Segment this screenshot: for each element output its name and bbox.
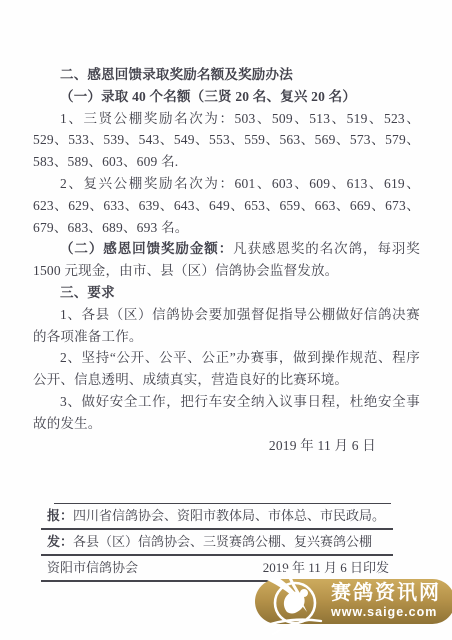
issuer-name: 资阳市信鸽协会 [47,560,138,576]
requirement-1: 1、各县（区）信鸽协会要加强督促指导公棚做好信鸽决赛的各项准备工作。 [33,304,420,348]
report-row: 报：四川省信鸽协会、资阳市教体局、市体总、市民政局。 [41,504,393,530]
bonus-lead: （二）感恩回馈奖励金额： [60,241,233,256]
issue-value: 各县（区）信鸽协会、三贤赛鸽公棚、复兴赛鸽公棚 [73,534,372,549]
issue-row: 发：各县（区）信鸽协会、三贤赛鸽公棚、复兴赛鸽公棚 [41,530,393,556]
pigeon-logo-icon [257,564,331,638]
section-heading-requirements: 三、要求 [33,282,420,304]
requirement-3: 3、做好安全工作，把行车安全纳入议事日程，杜绝安全事故的发生。 [33,391,420,435]
watermark-badge: 赛鸽资讯网 www.saige.com [255,579,452,624]
distribution-table: 报：四川省信鸽协会、资阳市教体局、市体总、市民政局。 发：各县（区）信鸽协会、三… [41,503,393,582]
issue-label: 发： [47,534,73,549]
report-value: 四川省信鸽协会、资阳市教体局、市体总、市民政局。 [73,508,385,523]
document-body: 二、感恩回馈录取奖励名额及奖励办法 （一）录取 40 个名额（三贤 20 名、复… [33,64,420,456]
requirement-2: 2、坚持“公开、公平、公正”办赛事，做到操作规范、程序公开、信息透明、成绩真实，… [33,347,420,391]
document-date: 2019 年 11 月 6 日 [33,435,420,457]
paragraph-fuxing-ranks: 2、复兴公棚奖励名次为：601、603、609、613、619、623、629、… [33,173,420,238]
paragraph-sanxian-ranks: 1、三贤公棚奖励名次为：503、509、513、519、523、529、533、… [33,108,420,173]
watermark-site-name: 赛鸽资讯网 [331,581,441,605]
watermark-site-url: www.saige.com [331,605,441,620]
watermark-text: 赛鸽资讯网 www.saige.com [331,581,441,620]
document-page: 二、感恩回馈录取奖励名额及奖励办法 （一）录取 40 个名额（三贤 20 名、复… [0,0,452,640]
report-label: 报： [47,508,73,523]
section-heading-awards: 二、感恩回馈录取奖励名额及奖励办法 [33,64,420,86]
subsection-heading-quota: （一）录取 40 个名额（三贤 20 名、复兴 20 名） [33,86,420,108]
paragraph-bonus: （二）感恩回馈奖励金额：凡获感恩奖的名次鸽，每羽奖 1500 元现金，由市、县（… [33,238,420,282]
